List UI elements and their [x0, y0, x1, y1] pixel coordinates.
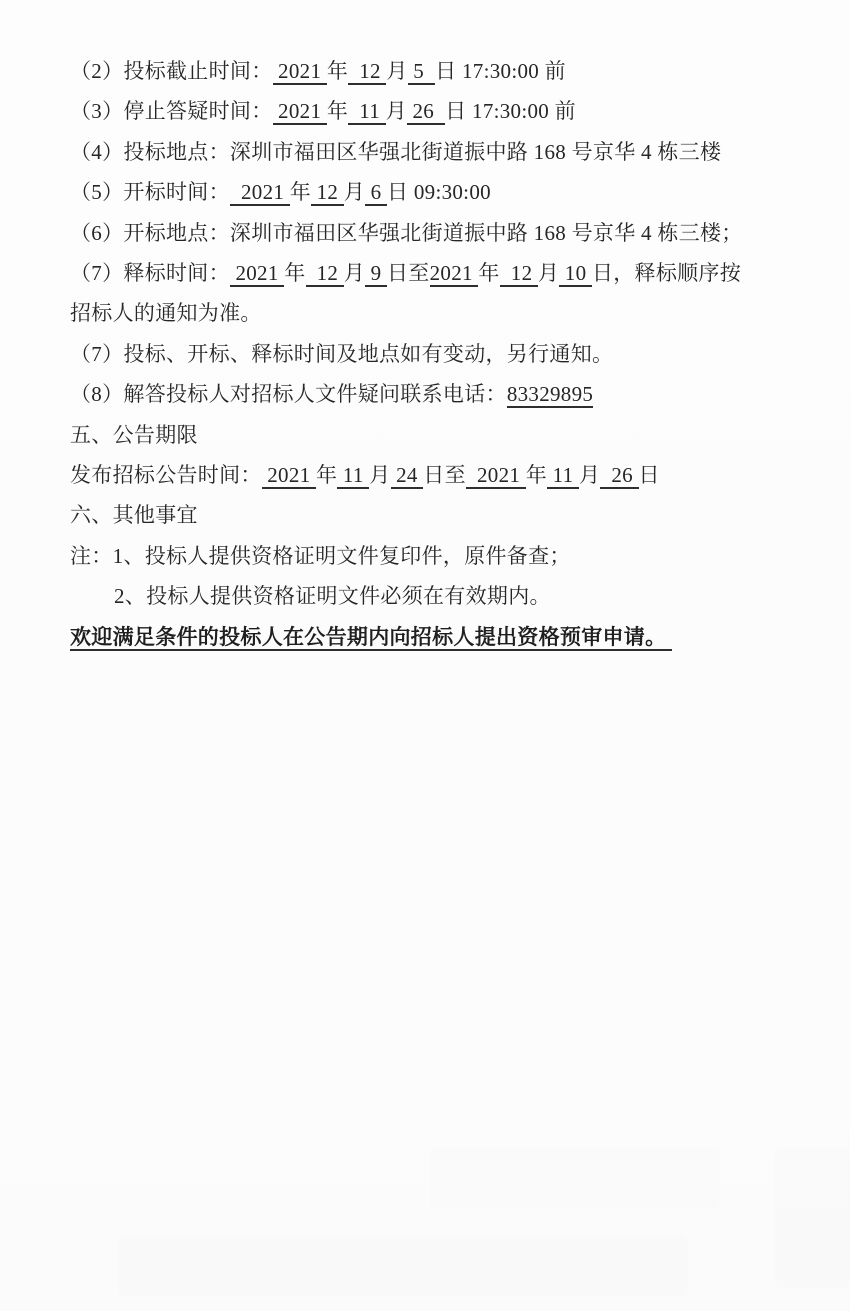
announcement-period-line: 发布招标公告时间： 2021 年 11 月 24 日至 2021 年 11 月 … [70, 455, 830, 495]
text-segment: 五、公告期限 [70, 423, 198, 447]
text-segment: 月 [386, 59, 407, 83]
text-segment: （4）投标地点：深圳市福田区华强北街道振中路 168 号京华 4 栋三楼 [70, 140, 721, 164]
text-segment: 年 [478, 261, 499, 285]
text-segment: 日 09:30:00 [387, 180, 491, 204]
text-segment: 月 [369, 463, 390, 487]
fill-in-blank-value: 9 [365, 261, 387, 287]
section-6-heading: 六、其他事宜 [70, 495, 830, 535]
fill-in-blank-value: 10 [559, 261, 592, 287]
fill-in-blank-value: 2021 [262, 463, 316, 489]
text-segment: 日 17:30:00 前 [435, 59, 566, 83]
text-segment: （6）开标地点：深圳市福田区华强北街道振中路 168 号京华 4 栋三楼； [70, 221, 743, 245]
scan-artifact [775, 1148, 850, 1288]
fill-in-blank-value: 5 [408, 59, 435, 85]
text-segment: 月 [344, 180, 365, 204]
text-segment: 月 [386, 99, 407, 123]
fill-in-blank-value: 2021 [466, 463, 526, 489]
text-segment: 日 17:30:00 前 [445, 99, 576, 123]
text-segment: 年 [327, 99, 348, 123]
text-segment: （7）释标时间： [70, 261, 230, 285]
note-2-line: 2、投标人提供资格证明文件必须在有效期内。 [70, 576, 830, 616]
clarification-time-line: （7）释标时间： 2021 年 12 月 9 日至2021 年 12 月 10 … [70, 253, 830, 293]
text-segment: 年 [290, 180, 311, 204]
fill-in-blank-value: 11 [348, 99, 385, 125]
fill-in-blank-value: 12 [306, 261, 344, 287]
fill-in-blank-value: 2021 [273, 99, 327, 125]
fill-in-blank-value: 12 [500, 261, 538, 287]
fill-in-blank-value: 11 [547, 463, 579, 489]
fill-in-blank-value: 6 [365, 180, 387, 206]
fill-in-blank-value: 11 [337, 463, 369, 489]
document-body: （2）投标截止时间： 2021 年 12 月 5 日 17:30:00 前（3）… [70, 51, 830, 657]
text-segment: （3）停止答疑时间： [70, 99, 273, 123]
fill-in-blank-value: 2021 [230, 261, 284, 287]
text-segment: 日至 [423, 463, 466, 487]
text-segment: 年 [316, 463, 337, 487]
clarification-continuation-line: 招标人的通知为准。 [70, 293, 830, 333]
fill-in-blank-value: 2021 [230, 180, 290, 206]
text-segment: 年 [526, 463, 547, 487]
text-segment: 2、投标人提供资格证明文件必须在有效期内。 [114, 584, 551, 608]
fill-in-blank-value: 26 [407, 99, 445, 125]
text-segment: 月 [538, 261, 559, 285]
text-segment: （5）开标时间： [70, 180, 230, 204]
welcome-line: 欢迎满足条件的投标人在公告期内向招标人提出资格预审申请。 [70, 617, 830, 657]
text-segment: 日 [639, 463, 660, 487]
qa-stop-time-line: （3）停止答疑时间： 2021 年 11 月 26 日 17:30:00 前 [70, 91, 830, 131]
contact-phone-line: （8）解答投标人对招标人文件疑问联系电话：83329895 [70, 374, 830, 414]
fill-in-blank-value: 欢迎满足条件的投标人在公告期内向招标人提出资格预审申请。 [70, 625, 672, 651]
text-segment: （8）解答投标人对招标人文件疑问联系电话： [70, 382, 507, 406]
scanned-page: （2）投标截止时间： 2021 年 12 月 5 日 17:30:00 前（3）… [0, 0, 850, 1311]
fill-in-blank-value: 83329895 [507, 382, 593, 408]
fill-in-blank-value: 2021 [273, 59, 327, 85]
text-segment: 招标人的通知为准。 [70, 301, 262, 325]
text-segment: 注：1、投标人提供资格证明文件复印件，原件备查； [70, 544, 571, 568]
text-segment: 六、其他事宜 [70, 503, 198, 527]
scan-artifact [430, 1148, 720, 1208]
fill-in-blank-value: 12 [348, 59, 386, 85]
text-segment: 月 [344, 261, 365, 285]
fill-in-blank-value: 24 [391, 463, 424, 489]
text-segment: （7）投标、开标、释标时间及地点如有变动，另行通知。 [70, 342, 613, 366]
fill-in-blank-value: 12 [311, 180, 344, 206]
text-segment: 日至 [387, 261, 430, 285]
fill-in-blank-value: 26 [600, 463, 638, 489]
note-1-line: 注：1、投标人提供资格证明文件复印件，原件备查； [70, 536, 830, 576]
text-segment: 日，释标顺序按 [592, 261, 741, 285]
scan-artifact [118, 1236, 688, 1296]
text-segment: （2）投标截止时间： [70, 59, 273, 83]
bid-deadline-line: （2）投标截止时间： 2021 年 12 月 5 日 17:30:00 前 [70, 51, 830, 91]
change-notice-line: （7）投标、开标、释标时间及地点如有变动，另行通知。 [70, 334, 830, 374]
text-segment: 年 [327, 59, 348, 83]
fill-in-blank-value: 2021 [430, 261, 479, 287]
text-segment: 年 [284, 261, 305, 285]
bid-opening-location-line: （6）开标地点：深圳市福田区华强北街道振中路 168 号京华 4 栋三楼； [70, 213, 830, 253]
bid-opening-time-line: （5）开标时间： 2021 年 12 月 6 日 09:30:00 [70, 172, 830, 212]
bid-location-line: （4）投标地点：深圳市福田区华强北街道振中路 168 号京华 4 栋三楼 [70, 132, 830, 172]
text-segment: 月 [579, 463, 600, 487]
section-5-heading: 五、公告期限 [70, 415, 830, 455]
text-segment: 发布招标公告时间： [70, 463, 262, 487]
